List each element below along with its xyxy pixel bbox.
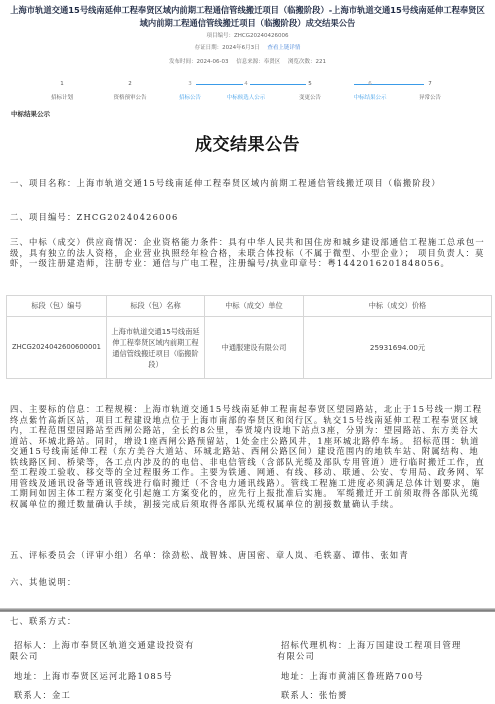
tenderer-name-cont: 限公司 <box>10 651 39 662</box>
project-number-label: 项目编号： <box>206 33 234 39</box>
step-prequalification[interactable]: 2 资格预审公告 <box>100 80 160 102</box>
step-number: 4 <box>216 80 276 88</box>
section-title: 中标结果公示 <box>11 109 50 118</box>
step-tender-notice[interactable]: 3 招标公告 <box>160 80 220 102</box>
table-row: ZHCG2024042600600001 上海市轨道交通15号线南延伸工程奉贤区… <box>7 317 492 379</box>
cert-date-line: 存证日期：2024年6月3日 查看上链详情 <box>0 43 495 51</box>
source: 奉贤区 <box>264 59 281 65</box>
table-header-row: 标段（包）编号 标段（包）名称 中标（成交）单位 中标（成交）价格 <box>7 296 492 317</box>
agency-address: 地址：上海市黄浦区鲁班路700号 <box>281 671 424 682</box>
step-label: 资格预审公告 <box>100 94 160 102</box>
item-supplier-info: 三、中标（成交）供应商情况：企业资格能力条件：具有中华人民共和国住房和城乡建设部… <box>10 237 485 269</box>
step-number: 5 <box>280 80 340 88</box>
cert-date-label: 存证日期： <box>195 45 223 51</box>
agency-contact-person: 联系人：张怡赟 <box>281 690 347 701</box>
column-header: 标段（包）名称 <box>107 296 205 317</box>
column-header: 标段（包）编号 <box>7 296 107 317</box>
step-abnormal-notice[interactable]: 7 异常公告 <box>400 80 460 102</box>
lot-number: ZHCG2024042600600001 <box>7 317 107 379</box>
step-plan[interactable]: 1 招标计划 <box>32 80 92 102</box>
step-number: 6 <box>340 80 400 88</box>
item-review-committee: 五、评标委员会（评审小组）名单：徐劲松、战智姝、唐国密、章人岚、毛轶嘉、谭伟、张… <box>10 550 485 561</box>
item-project-name: 一、项目名称：上海市轨道交通15号线南延伸工程奉贤区域内前期工程通信管线搬迁项目… <box>10 178 485 189</box>
publish-info-line: 发布时间：2024-06-03 信息来源：奉贤区 浏览次数：221 <box>0 57 495 65</box>
agency-name: 招标代理机构：上海万国建设工程项目管理 <box>281 640 461 651</box>
views-label: 浏览次数： <box>288 59 316 65</box>
item-other-notes: 六、其他说明： <box>10 577 485 588</box>
lot-name: 上海市轨道交通15号线南延伸工程奉贤区域内前期工程通信管线搬迁项目（临搬阶段） <box>107 317 205 379</box>
project-number-line: 项目编号：ZHCG20240426006 <box>0 31 495 39</box>
step-change-notice[interactable]: 5 变更公告 <box>280 80 340 102</box>
step-number: 3 <box>160 80 220 88</box>
announcement-title: 上海市轨道交通15号线南延伸工程奉贤区域内前期工程通信管线搬迁项目（临搬阶段）-… <box>10 4 485 30</box>
step-label: 中标候选人公示 <box>216 94 276 102</box>
result-table: 标段（包）编号 标段（包）名称 中标（成交）单位 中标（成交）价格 ZHCG20… <box>6 295 492 379</box>
tenderer-contact-person: 联系人：金工 <box>14 690 71 701</box>
step-number: 1 <box>32 80 92 88</box>
column-header: 中标（成交）单位 <box>205 296 304 317</box>
document-title: 成交结果公告 <box>0 130 495 155</box>
step-label: 招标公告 <box>160 94 220 102</box>
step-label: 中标结果公示 <box>340 94 400 102</box>
step-number: 7 <box>400 80 460 88</box>
publish-time: 2024-06-03 <box>197 59 229 65</box>
winning-company: 中通服建设有限公司 <box>205 317 304 379</box>
item-contact-info: 七、联系方式： <box>10 616 485 627</box>
publish-time-label: 发布时间： <box>169 59 197 65</box>
section-divider <box>0 608 495 612</box>
winning-price: 25931694.00元 <box>304 317 492 379</box>
item-main-subject: 四、主要标的信息：工程规模：上海市轨道交通15号线南延伸工程南起奉贤区望园路站，… <box>10 404 485 509</box>
view-chain-details-link[interactable]: 查看上链详情 <box>267 45 300 51</box>
step-result-publicity[interactable]: 6 中标结果公示 <box>340 80 400 102</box>
step-number: 2 <box>100 80 160 88</box>
step-label: 招标计划 <box>32 94 92 102</box>
views-count: 221 <box>316 59 327 65</box>
step-label: 异常公告 <box>400 94 460 102</box>
item-project-number: 二、项目编号：ZHCG20240426006 <box>10 212 485 223</box>
project-number: ZHCG20240426006 <box>234 33 289 39</box>
cert-date: 2024年6月3日 <box>222 45 260 51</box>
step-candidate-publicity[interactable]: 4 中标候选人公示 <box>216 80 276 102</box>
tenderer-name: 招标人：上海市奉贤区轨道交通建设投资有 <box>14 640 194 651</box>
tenderer-address: 地址：上海市奉贤区运河北路1085号 <box>14 671 173 682</box>
agency-name-cont: 有限公司 <box>277 651 315 662</box>
column-header: 中标（成交）价格 <box>304 296 492 317</box>
step-label: 变更公告 <box>280 94 340 102</box>
source-label: 信息来源： <box>236 59 264 65</box>
